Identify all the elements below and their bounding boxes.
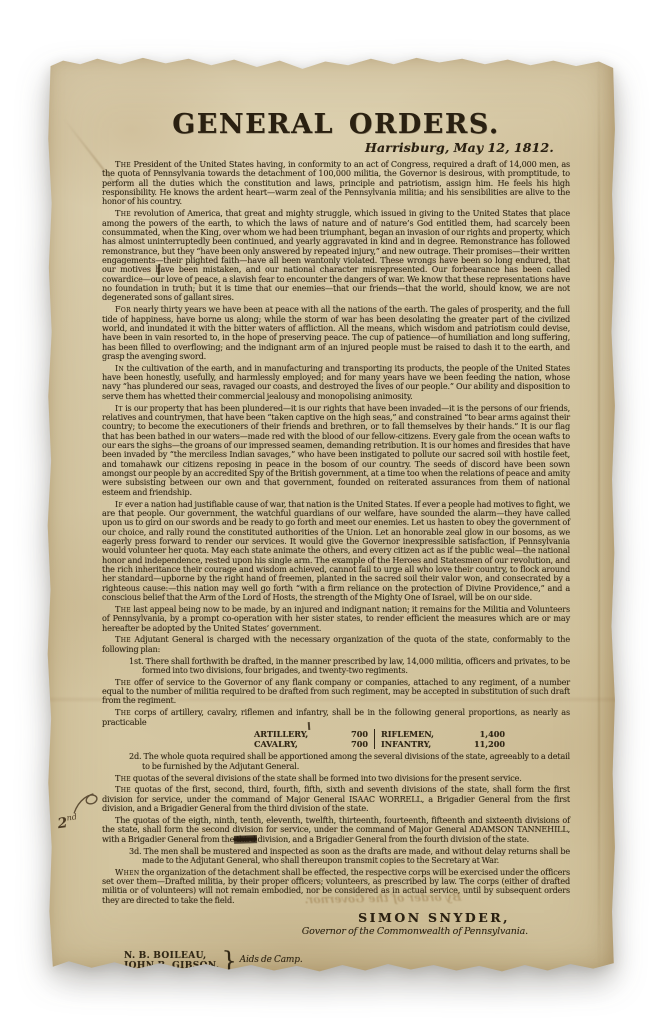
margin-note-suffix: nd <box>66 812 77 822</box>
document-title: GENERAL ORDERS. <box>102 110 570 140</box>
paragraph-lead-word: In <box>115 363 124 373</box>
paragraph-lead-word: The <box>115 604 131 614</box>
corps-count: 700 <box>332 739 374 749</box>
proportions-table: ARTILLERY, 700 RIFLEMEN, 1,400 CAVALRY, … <box>254 729 505 749</box>
corps-count: 1,400 <box>461 729 505 739</box>
paragraph-lead-word: For <box>115 304 131 314</box>
margin-annotation: 2nd <box>54 789 107 832</box>
paragraph-quotas-two-divisions: The quotas of the several divisions of t… <box>102 774 570 783</box>
plan-item-3d: 3d. The men shall be mustered and inspec… <box>102 847 570 866</box>
paragraph-first-division: The quotas of the first, second, third, … <box>102 785 570 813</box>
paragraph-lead-word: The <box>115 634 131 644</box>
corps-label: CAVALRY, <box>254 739 332 749</box>
paragraph-second-division: The quotas of the eigth, ninth, tenth, e… <box>102 816 570 844</box>
paragraph-lead-word: The <box>115 677 131 687</box>
aides-role: Aids de Camp. <box>240 956 303 965</box>
paragraph-lead-word: It <box>115 403 123 413</box>
dateline: Harrisburg, May 12, 1812. <box>102 141 570 155</box>
aides-footer: N. B. BOILEAU, JOHN B. GIBSON, } Aids de… <box>124 950 570 972</box>
paragraph-flank-offer: The offer of service to the Governor of … <box>102 678 570 706</box>
struck-word: third <box>236 834 255 844</box>
paragraph-lead-word: If <box>115 499 123 509</box>
paragraph-lead-word: When <box>115 867 139 877</box>
paragraph-property: It is our property that has been plunder… <box>102 404 570 497</box>
paragraph-lead-word: The <box>115 707 131 717</box>
paragraph-corps-proportions: The corps of artillery, cavalry, rifleme… <box>102 708 570 727</box>
second-division-text-post: division, and a Brigadier General from t… <box>256 834 530 844</box>
right-fold-crease <box>598 56 600 976</box>
paragraph-peace: For nearly thirty years we have been at … <box>102 305 570 361</box>
paragraph-revolution: The revolution of America, that great an… <box>102 209 570 302</box>
corps-label: INFANTRY, <box>374 739 461 749</box>
pen-flourish-icon <box>68 789 105 816</box>
table-row: ARTILLERY, 700 RIFLEMEN, 1,400 <box>254 729 505 739</box>
paragraph-last-appeal: The last appeal being now to be made, by… <box>102 605 570 633</box>
plan-item-2d: 2d. The whole quota required shall be ap… <box>102 752 570 771</box>
paragraph-president: The President of the United States havin… <box>102 160 570 207</box>
brace-glyph: } <box>221 950 236 973</box>
corps-count: 11,200 <box>461 739 505 749</box>
paragraph-lead-word: The <box>115 773 131 783</box>
broadside-document: GENERAL ORDERS. Harrisburg, May 12, 1812… <box>46 56 616 976</box>
printed-text-block: GENERAL ORDERS. Harrisburg, May 12, 1812… <box>102 110 570 972</box>
paragraph-lead-word: The <box>115 784 131 794</box>
aide-names: N. B. BOILEAU, JOHN B. GIBSON, <box>124 951 219 972</box>
corps-label: RIFLEMEN, <box>374 729 461 739</box>
aide-name-2: JOHN B. GIBSON, <box>124 961 219 972</box>
corps-label: ARTILLERY, <box>254 729 332 739</box>
paragraph-lead-word: The <box>115 208 131 218</box>
paper-shadow-wrap: GENERAL ORDERS. Harrisburg, May 12, 1812… <box>46 56 616 976</box>
plan-item-1st: 1st. There shall forthwith be drafted, i… <box>102 657 570 676</box>
paragraph-war-cause: If ever a nation had justifiable cause o… <box>102 500 570 603</box>
table-row: CAVALRY, 700 INFANTRY, 11,200 <box>254 739 505 749</box>
photo-background: GENERAL ORDERS. Harrisburg, May 12, 1812… <box>0 0 667 1024</box>
paragraph-adjutant-plan: The Adjutant General is charged with the… <box>102 635 570 654</box>
corps-count: 700 <box>332 729 374 739</box>
paragraph-cultivation: In the cultivation of the earth, and in … <box>102 364 570 401</box>
signature-name: SIMON SNYDER, <box>102 911 570 925</box>
aide-name-1: N. B. BOILEAU, <box>124 951 219 962</box>
paragraph-lead-word: The <box>115 159 131 169</box>
signature-title: Governor of the Commonwealth of Pennsylv… <box>102 926 570 937</box>
